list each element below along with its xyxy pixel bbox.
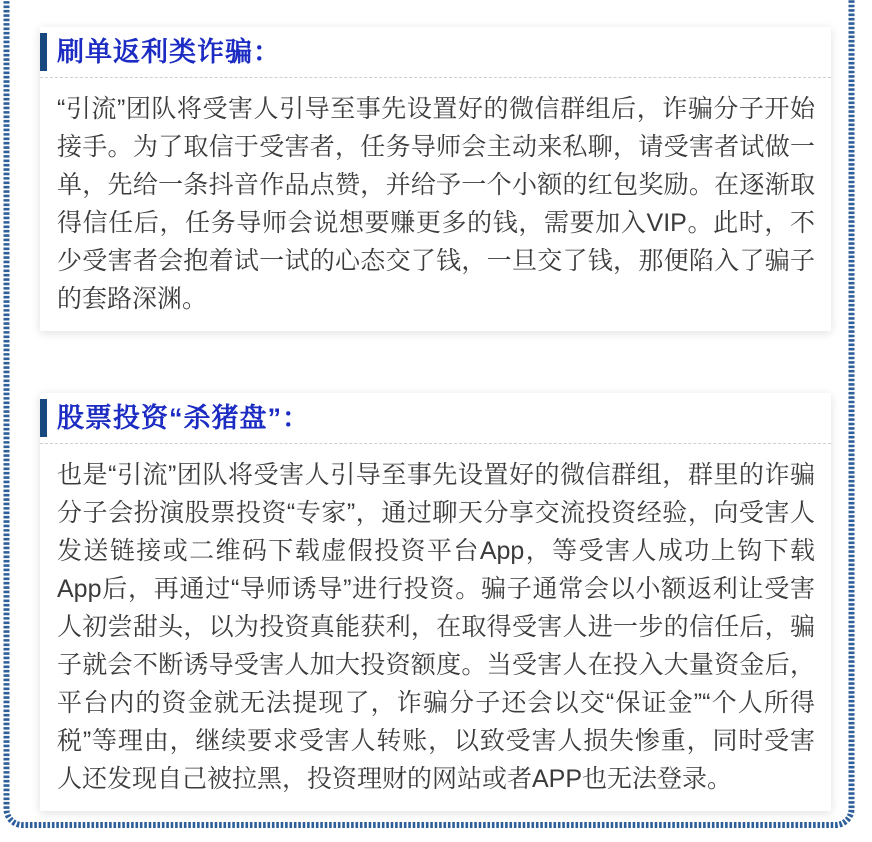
section-title-pig-butchering: 股票投资“杀猪盘”： — [57, 400, 815, 436]
section-header: 股票投资“杀猪盘”： — [40, 393, 831, 444]
section-card-pig-butchering: 股票投资“杀猪盘”： 也是“引流”团队将受害人引导至事先设置好的微信群组，群里的… — [40, 393, 831, 811]
section-paragraph-pig-butchering: 也是“引流”团队将受害人引导至事先设置好的微信群组，群里的诈骗分子会扮演股票投资… — [57, 456, 815, 798]
section-header: 刷单返利类诈骗： — [40, 27, 831, 78]
accent-bar — [40, 399, 47, 437]
section-body: “引流”团队将受害人引导至事先设置好的微信群组后，诈骗分子开始接手。为了取信于受… — [40, 78, 831, 331]
section-card-brushing-scam: 刷单返利类诈骗： “引流”团队将受害人引导至事先设置好的微信群组后，诈骗分子开始… — [40, 27, 831, 331]
section-paragraph-brushing-scam: “引流”团队将受害人引导至事先设置好的微信群组后，诈骗分子开始接手。为了取信于受… — [57, 90, 815, 318]
accent-bar — [40, 33, 47, 71]
section-title-brushing-scam: 刷单返利类诈骗： — [57, 34, 815, 70]
section-body: 也是“引流”团队将受害人引导至事先设置好的微信群组，群里的诈骗分子会扮演股票投资… — [40, 444, 831, 811]
article-content: 刷单返利类诈骗： “引流”团队将受害人引导至事先设置好的微信群组后，诈骗分子开始… — [40, 27, 831, 811]
